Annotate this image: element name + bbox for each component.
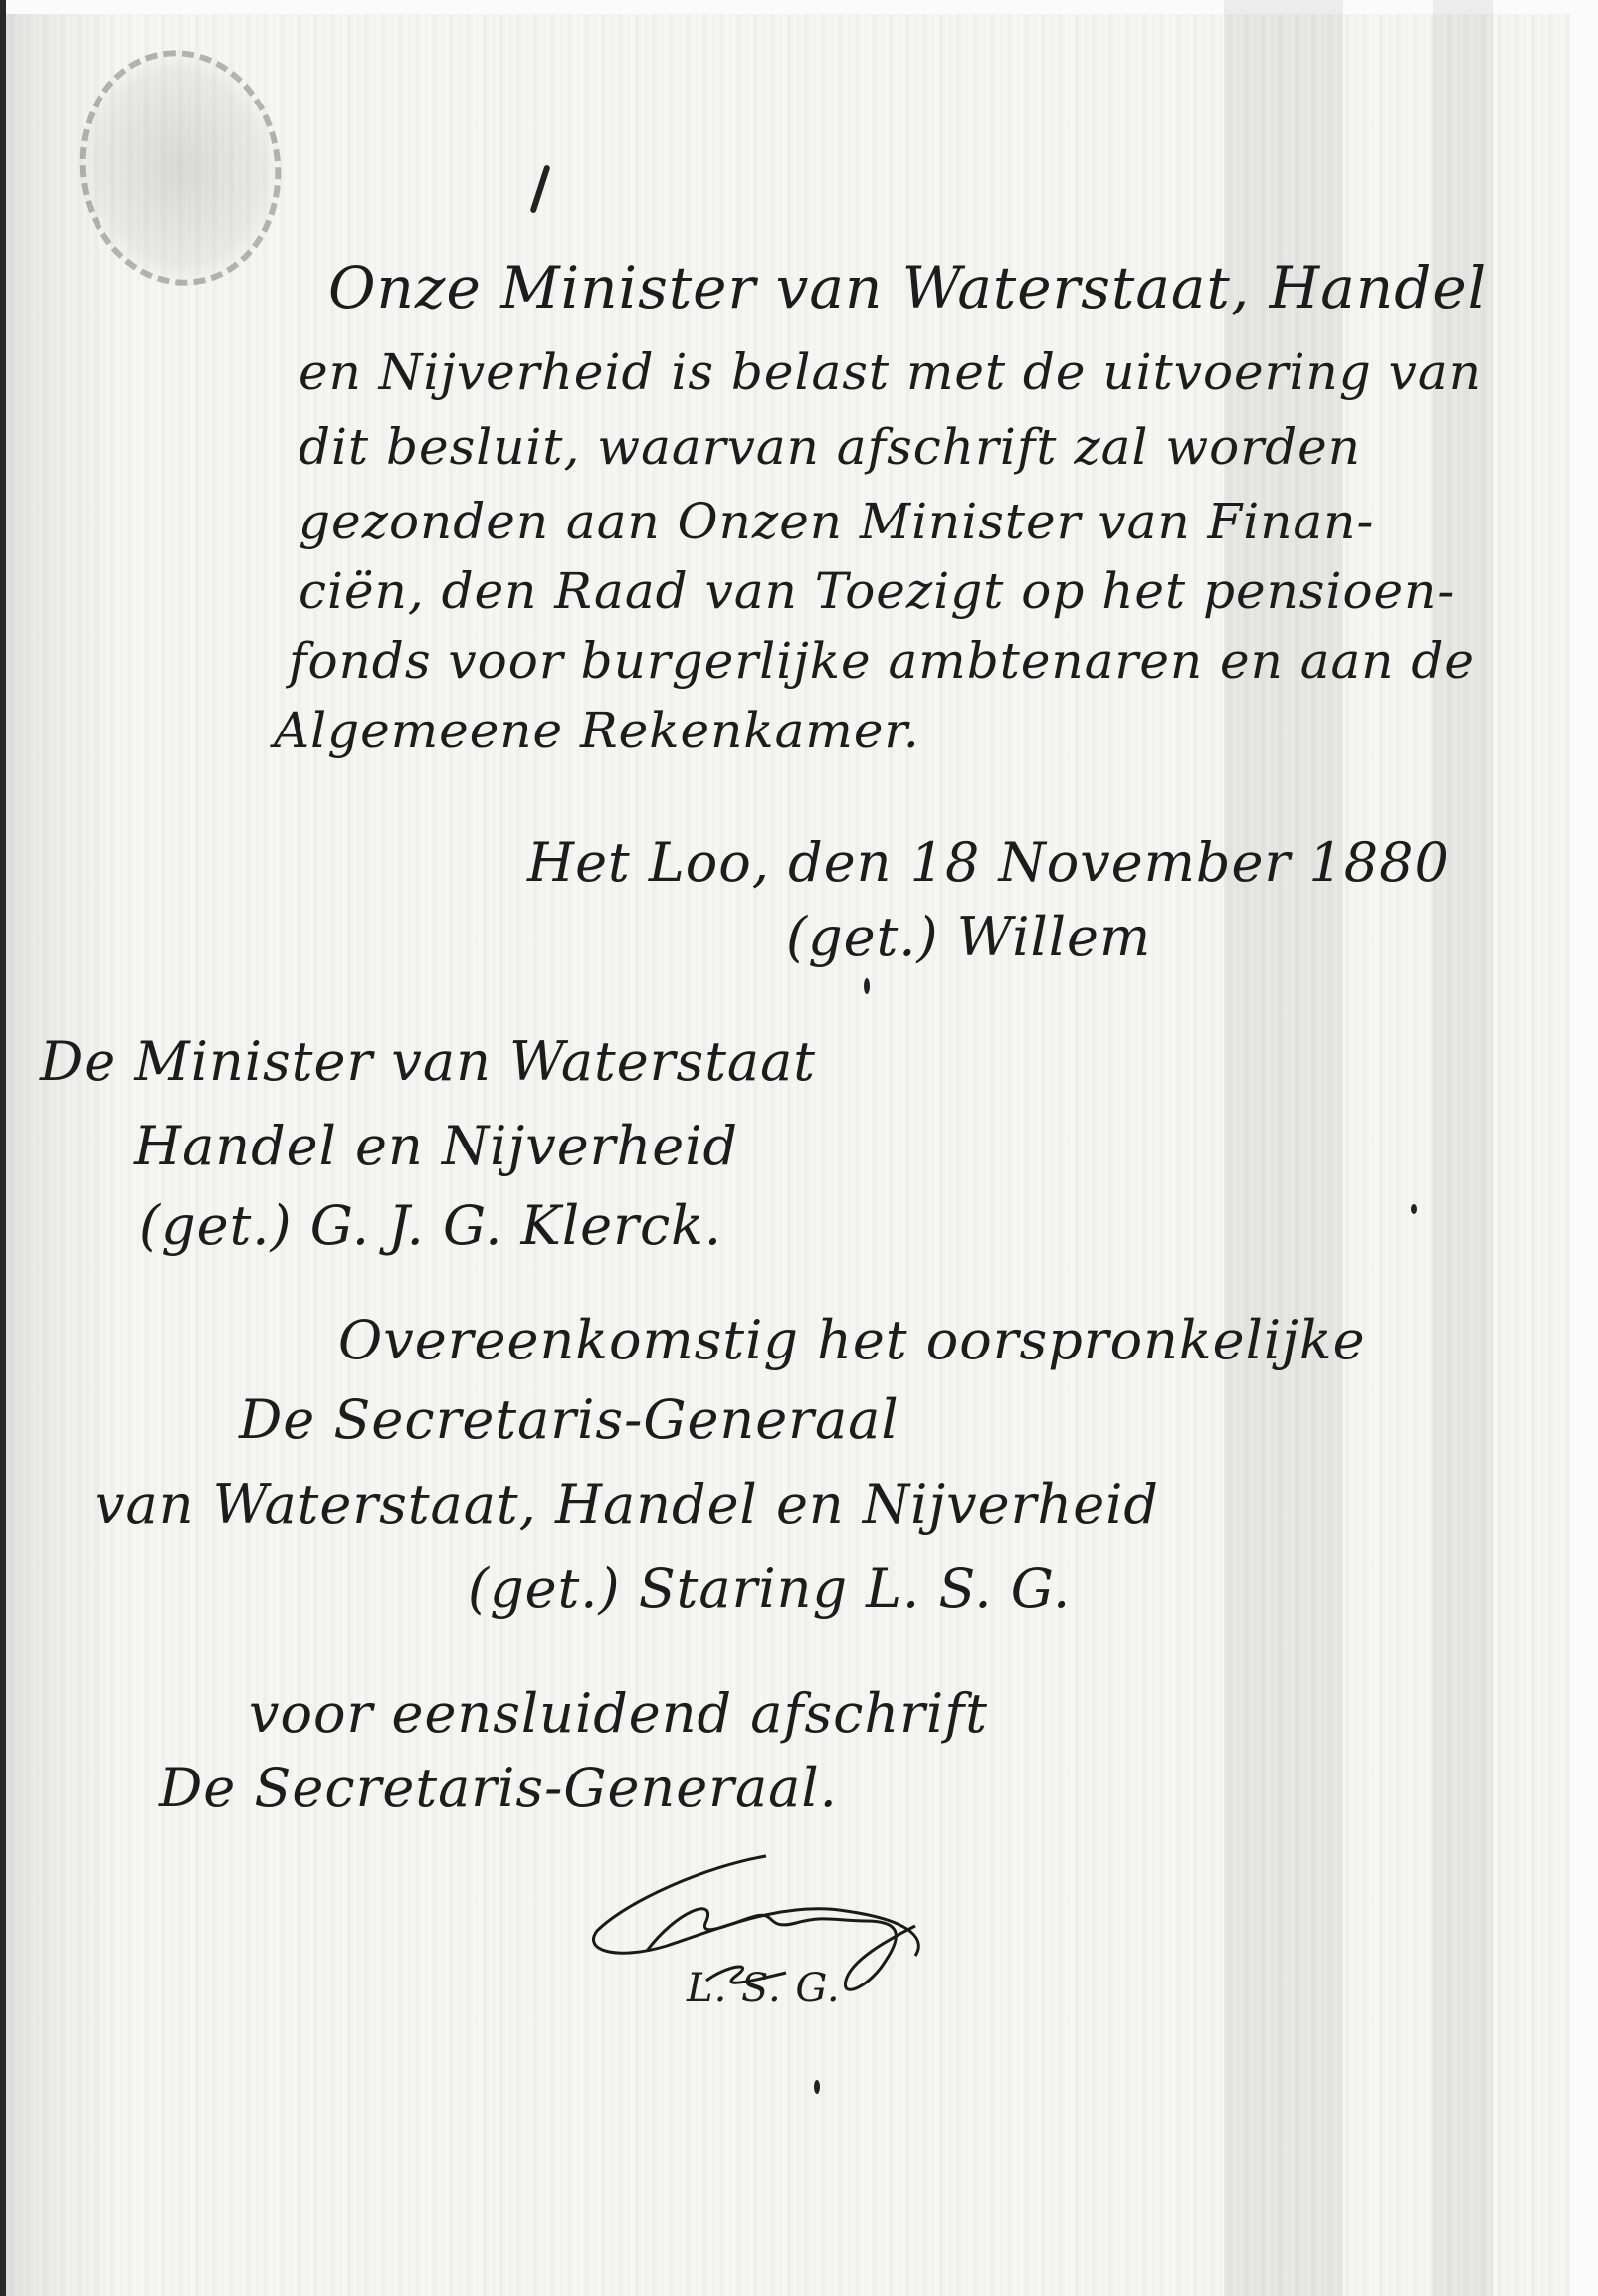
seal-stamp-icon [64,37,296,299]
scan-margin-top [0,0,1598,14]
certification-line: van Waterstaat, Handel en Nijverheid [95,1473,1159,1536]
countersign-signature: (get.) G. J. G. Klerck. [139,1194,722,1257]
countersign-line: Handel en Nijverheid [134,1115,738,1177]
document-page: Onze Minister van Waterstaat, Handel en … [0,0,1598,2296]
body-line: gezonden aan Onzen Minister van Finan- [299,493,1374,550]
ink-speck [1411,1204,1417,1214]
body-line: dit besluit, waarvan afschrift zal worde… [299,418,1361,476]
body-line: fonds voor burgerlijke ambtenaren en aan… [289,632,1475,690]
scan-margin-right [1570,0,1598,2296]
folio-mark [529,164,550,213]
place-date: Het Loo, den 18 November 1880 [527,831,1450,894]
certification-line: De Secretaris-Generaal [239,1388,899,1451]
true-copy-line: De Secretaris-Generaal. [159,1757,838,1819]
ink-speck [814,2080,820,2094]
signature-suffix: L. S. G. [687,1966,841,2011]
royal-signature: (get.) Willem [786,906,1151,968]
body-line: Algemeene Rekenkamer. [274,702,920,759]
body-line: ciën, den Raad van Toezigt op het pensio… [299,562,1455,620]
scan-edge-left [0,0,6,2296]
certification-signature: (get.) Staring L. S. G. [468,1558,1071,1620]
ink-speck [864,978,870,994]
certification-line: Overeenkomstig het oorspronkelijke [338,1309,1366,1371]
body-line: en Nijverheid is belast met de uitvoerin… [299,343,1482,401]
body-line: Onze Minister van Waterstaat, Handel [328,254,1487,321]
true-copy-line: voor eensluidend afschrift [249,1682,988,1745]
countersign-line: De Minister van Waterstaat [40,1030,816,1093]
